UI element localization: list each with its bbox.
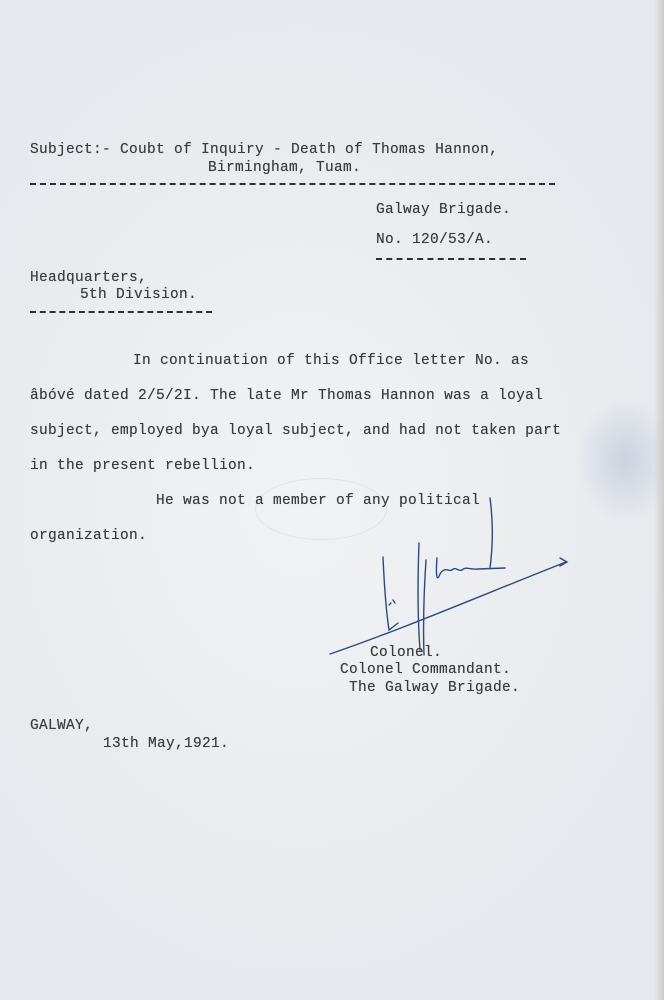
place: GALWAY,: [30, 718, 93, 734]
signature-unit: The Galway Brigade.: [349, 680, 520, 696]
date: 13th May,1921.: [103, 736, 229, 752]
signature-title: Colonel Commandant.: [340, 662, 511, 678]
signature-rank: Colonel.: [370, 645, 442, 661]
handwritten-signature: [0, 0, 664, 1000]
document-page: Subject:- Coubt of Inquiry - Death of Th…: [0, 0, 664, 1000]
